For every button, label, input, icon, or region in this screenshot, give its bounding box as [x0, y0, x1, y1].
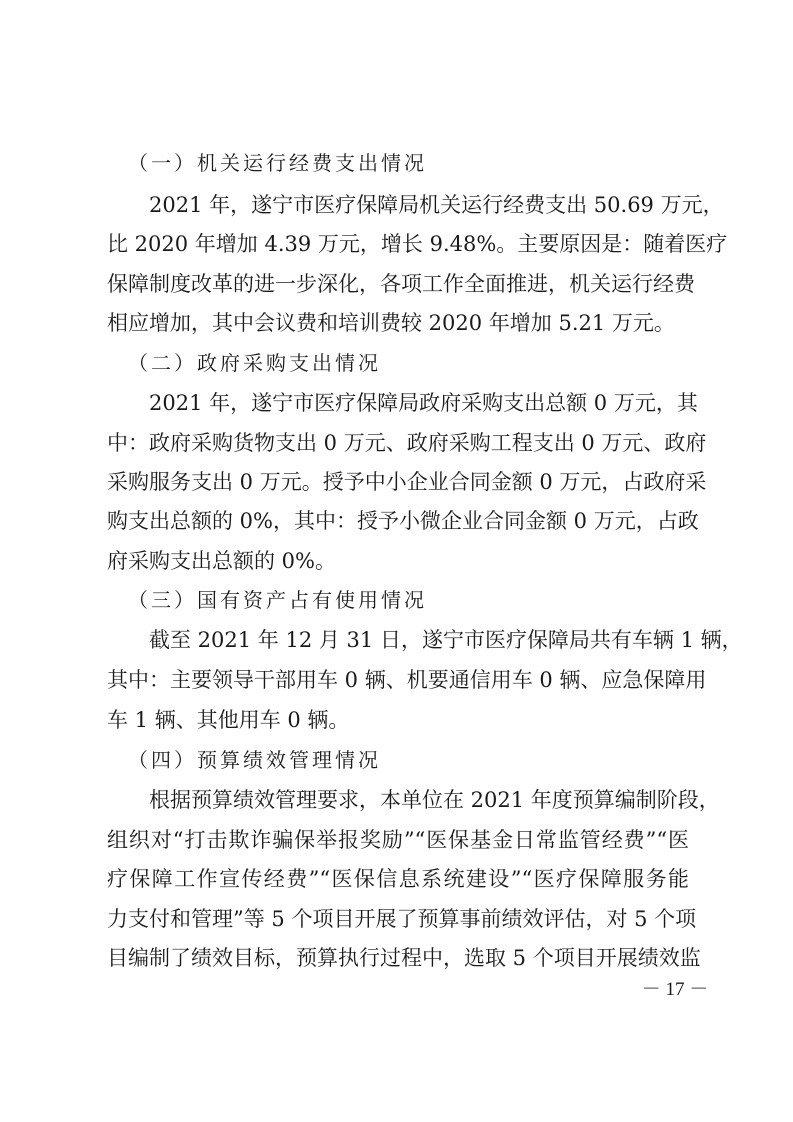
paragraph-line: 2021 年，遂宁市医疗保障局机关运行经费支出 50.69 万元，: [149, 190, 689, 220]
paragraph-line: 目编制了绩效目标，预算执行过程中，选取 5 个项目开展绩效监: [107, 943, 689, 973]
paragraph-line: 力支付和管理”等 5 个项目开展了预算事前绩效评估，对 5 个项: [107, 904, 689, 934]
section-heading-2: （二）政府采购支出情况: [128, 348, 381, 378]
paragraph-line: 府采购支出总额的 0%。: [107, 546, 689, 576]
paragraph-line: 2021 年，遂宁市医疗保障局政府采购支出总额 0 万元，其: [149, 388, 689, 418]
paragraph-line: 保障制度改革的进一步深化，各项工作全面推进，机关运行经费: [107, 269, 689, 299]
paragraph-line: 截至 2021 年 12 月 31 日，遂宁市医疗保障局共有车辆 1 辆，: [149, 625, 689, 655]
section-heading-4: （四）预算绩效管理情况: [128, 745, 381, 775]
paragraph-line: 疗保障工作宣传经费”“医保信息系统建设”“医疗保障服务能: [107, 864, 689, 894]
paragraph-line: 根据预算绩效管理要求，本单位在 2021 年度预算编制阶段，: [149, 785, 689, 815]
paragraph-line: 组织对“打击欺诈骗保举报奖励”“医保基金日常监管经费”“医: [107, 825, 689, 855]
paragraph-line: 相应增加，其中会议费和培训费较 2020 年增加 5.21 万元。: [107, 308, 689, 338]
document-page: （一）机关运行经费支出情况 2021 年，遂宁市医疗保障局机关运行经费支出 50…: [0, 0, 793, 1122]
section-heading-1: （一）机关运行经费支出情况: [128, 148, 427, 178]
paragraph-line: 采购服务支出 0 万元。授予中小企业合同金额 0 万元，占政府采: [107, 467, 689, 497]
paragraph-line: 中：政府采购货物支出 0 万元、政府采购工程支出 0 万元、政府: [107, 428, 689, 458]
paragraph-line: 比 2020 年增加 4.39 万元，增长 9.48%。主要原因是：随着医疗: [107, 229, 689, 259]
paragraph-line: 车 1 辆、其他用车 0 辆。: [107, 705, 689, 735]
page-number: － 17 －: [600, 977, 750, 1003]
section-heading-3: （三）国有资产占有使用情况: [128, 585, 427, 615]
paragraph-line: 其中：主要领导干部用车 0 辆、机要通信用车 0 辆、应急保障用: [107, 665, 689, 695]
paragraph-line: 购支出总额的 0%，其中：授予小微企业合同金额 0 万元，占政: [107, 506, 689, 536]
